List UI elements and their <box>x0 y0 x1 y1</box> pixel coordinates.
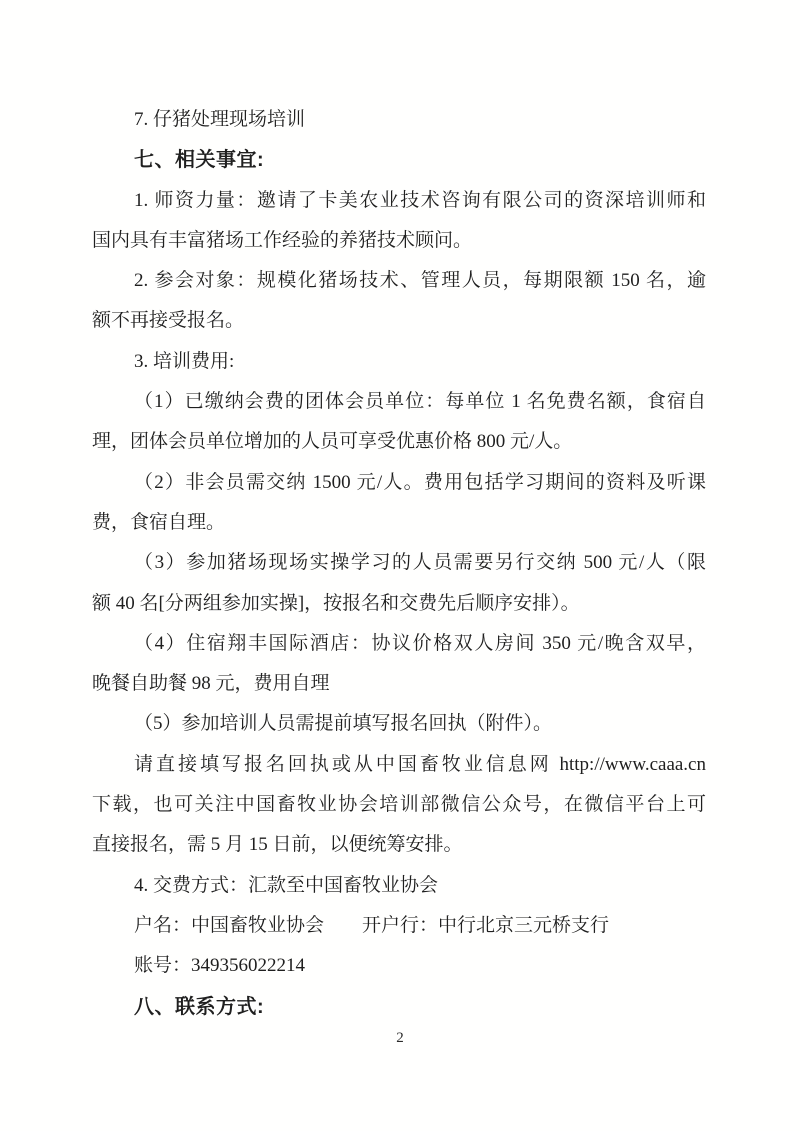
fee-item-5: （5）参加培训人员需提前填写报名回执（附件）。 <box>92 704 706 744</box>
document-body: 7. 仔猪处理现场培训 七、相关事宜: 1. 师资力量：邀请了卡美农业技术咨询有… <box>92 100 706 1027</box>
paragraph-attendees: 2. 参会对象：规模化猪场技术、管理人员，每期限额 150 名，逾 <box>92 261 706 301</box>
section-heading-seven: 七、相关事宜: <box>92 140 706 180</box>
paragraph-account-name: 户名：中国畜牧业协会 开户行：中行北京三元桥支行 <box>92 906 706 946</box>
fee-item-3-cont: 额 40 名[分两组参加实操]，按报名和交费先后顺序安排）。 <box>92 584 706 624</box>
paragraph-faculty: 1. 师资力量：邀请了卡美农业技术咨询有限公司的资深培训师和 <box>92 181 706 221</box>
paragraph-account-number: 账号：349356022214 <box>92 946 706 986</box>
paragraph-registration-cont2: 直接报名，需 5 月 15 日前，以便统筹安排。 <box>92 825 706 865</box>
paragraph-fees-title: 3. 培训费用: <box>92 342 706 382</box>
fee-item-4-cont: 晚餐自助餐 98 元，费用自理 <box>92 664 706 704</box>
fee-item-1-cont: 理，团体会员单位增加的人员可享受优惠价格 800 元/人。 <box>92 422 706 462</box>
paragraph-registration-cont1: 下载，也可关注中国畜牧业协会培训部微信公众号，在微信平台上可 <box>92 785 706 825</box>
fee-item-2-cont: 费，食宿自理。 <box>92 503 706 543</box>
fee-item-1: （1）已缴纳会费的团体会员单位：每单位 1 名免费名额，食宿自 <box>92 382 706 422</box>
paragraph-registration: 请直接填写报名回执或从中国畜牧业信息网 http://www.caaa.cn <box>92 745 706 785</box>
paragraph-faculty-cont: 国内具有丰富猪场工作经验的养猪技术顾问。 <box>92 221 706 261</box>
list-item-7: 7. 仔猪处理现场培训 <box>92 100 706 140</box>
section-heading-eight: 八、联系方式: <box>92 987 706 1027</box>
fee-item-3: （3）参加猪场现场实操学习的人员需要另行交纳 500 元/人（限 <box>92 543 706 583</box>
page-number: 2 <box>0 1029 800 1047</box>
paragraph-payment: 4. 交费方式：汇款至中国畜牧业协会 <box>92 866 706 906</box>
fee-item-2: （2）非会员需交纳 1500 元/人。费用包括学习期间的资料及听课 <box>92 463 706 503</box>
fee-item-4: （4）住宿翔丰国际酒店：协议价格双人房间 350 元/晚含双早， <box>92 624 706 664</box>
paragraph-attendees-cont: 额不再接受报名。 <box>92 301 706 341</box>
document-page: 7. 仔猪处理现场培训 七、相关事宜: 1. 师资力量：邀请了卡美农业技术咨询有… <box>0 0 800 1131</box>
